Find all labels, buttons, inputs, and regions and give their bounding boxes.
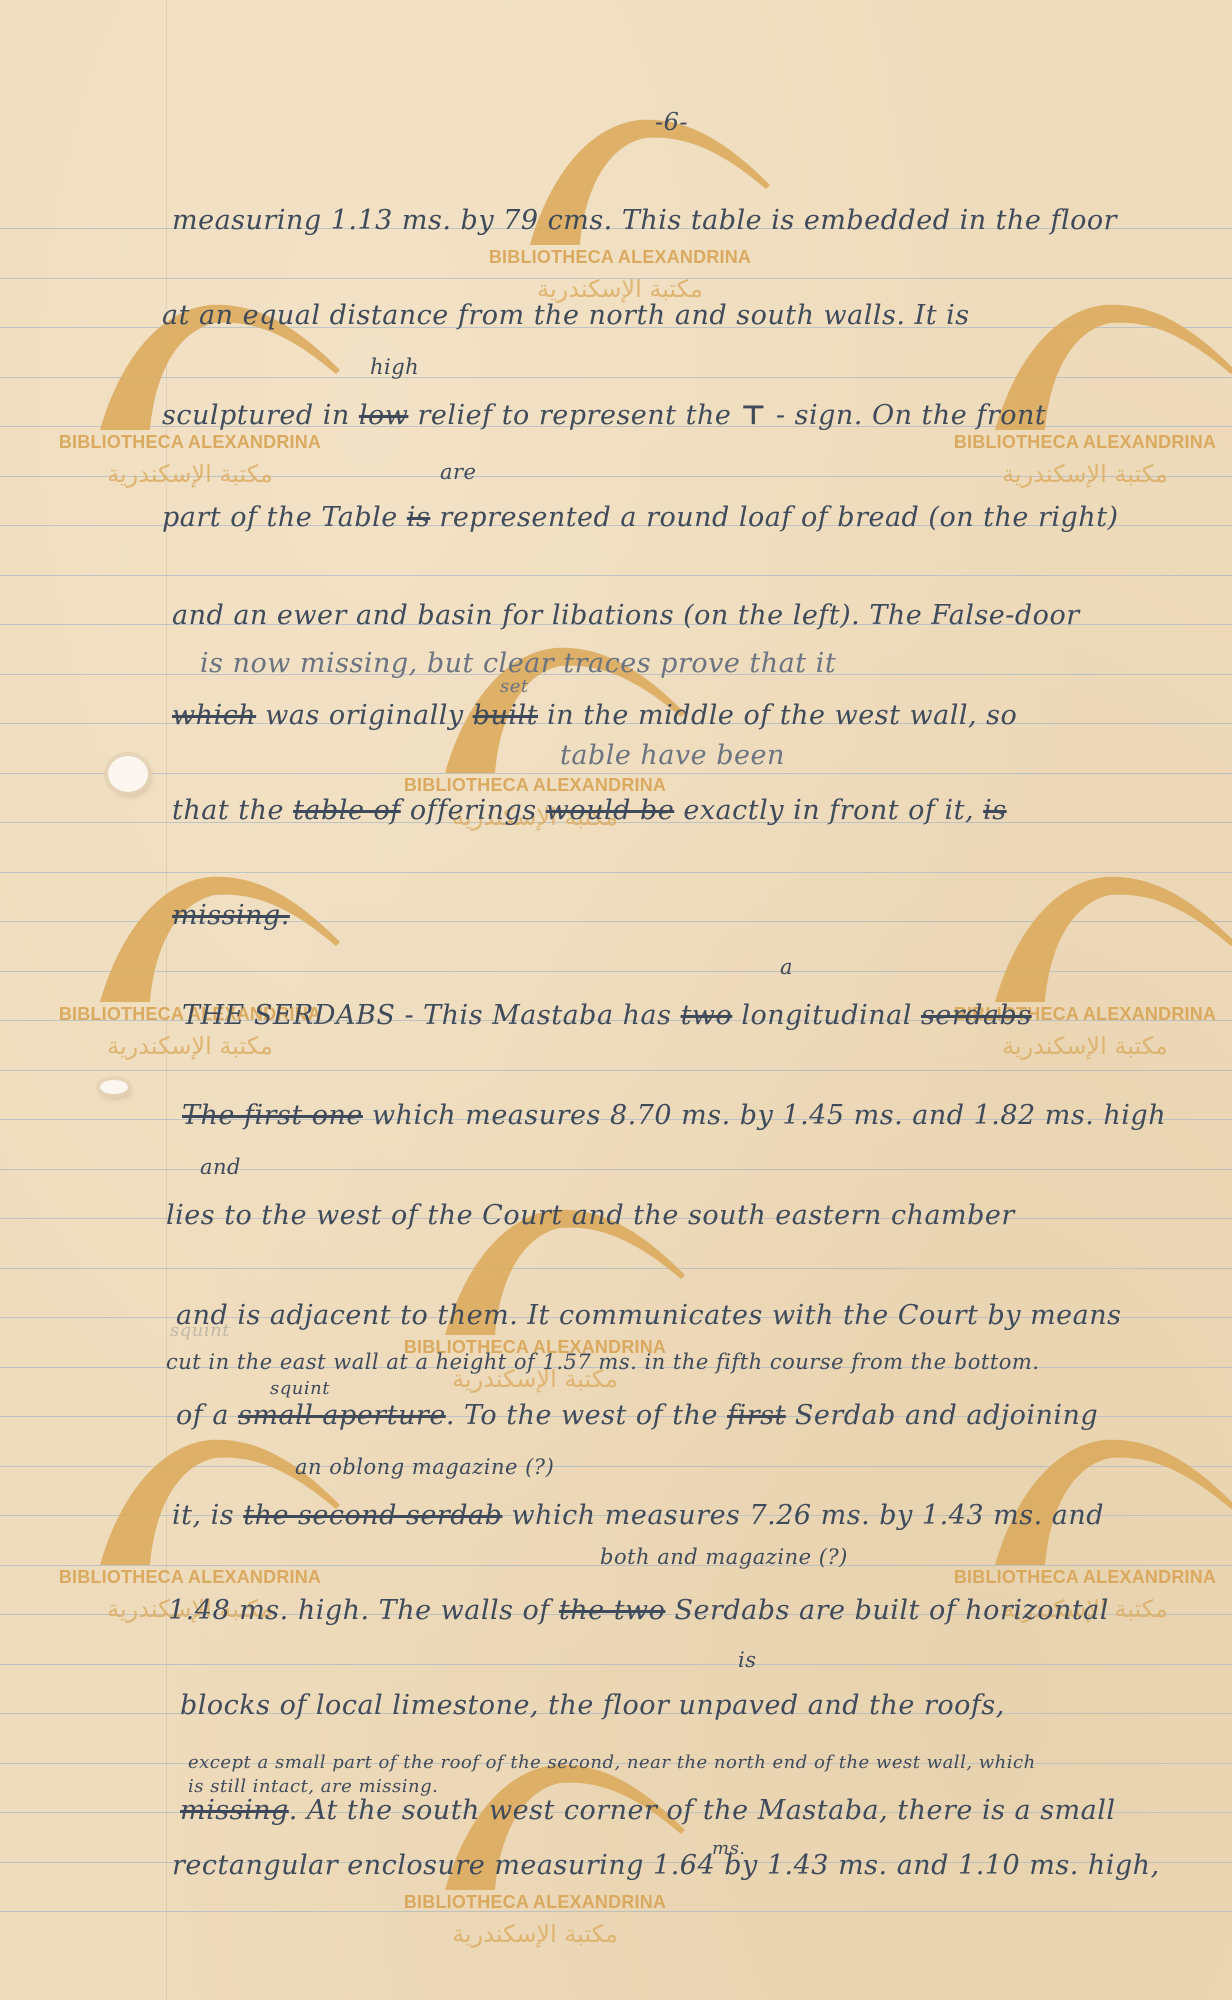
arch-icon [40,862,340,1002]
struck-text: missing [180,1795,289,1826]
text-segment: which measures 7.26 ms. by 1.43 ms. and [502,1500,1104,1531]
struck-text: is [407,502,431,533]
text-line: missing. At the south west corner of the… [180,1795,1116,1826]
arch-icon [935,862,1232,1002]
ruled-line [0,1911,1232,1912]
text-line: missing. [172,900,290,931]
interlinear-insertion: and [200,1155,241,1179]
inserted-line: cut in the east wall at a height of 1.57… [166,1350,1040,1374]
struck-text: which [172,700,256,731]
text-segment: lies to the west of the Court and the so… [166,1200,1015,1231]
ruled-line [0,476,1232,477]
section-heading: THE SERDABS - [182,1000,423,1031]
margin-note: squint [170,1320,230,1341]
text-segment: blocks of local limestone, the floor unp… [180,1690,1005,1721]
ruled-line [0,773,1232,774]
struck-text: table of [293,795,401,826]
ruled-line [0,1169,1232,1170]
arch-icon [935,1425,1232,1565]
text-segment: longitudinal [732,1000,921,1031]
text-segment: of a [176,1400,238,1431]
text-segment: and an ewer and basin for libations (on … [172,600,1080,631]
text-segment: part of the Table [162,502,407,533]
text-line: and an ewer and basin for libations (on … [172,600,1080,631]
inserted-line: is now missing, but clear traces prove t… [200,648,836,679]
interlinear-insertion: high [370,355,419,379]
text-line: blocks of local limestone, the floor unp… [180,1690,1005,1721]
punch-hole [100,1080,128,1094]
text-segment: offerings [401,795,546,826]
watermark-logo: BIBLIOTHECA ALEXANDRINA مكتبة الإسكندرية [40,862,340,1102]
text-line: 1.48 ms. high. The walls of the two Serd… [168,1595,1109,1626]
struck-text: low [359,400,409,431]
ruled-line [0,1268,1232,1269]
interlinear-insertion: is [738,1648,757,1672]
ruled-line [0,1664,1232,1665]
text-segment: This Mastaba has [423,1000,680,1031]
text-line: at an equal distance from the north and … [162,300,970,331]
struck-text: The first one [182,1100,363,1131]
interlinear-insertion: squint [270,1378,330,1399]
text-segment: sculptured in [162,400,359,431]
struck-text: the two [559,1595,666,1626]
struck-text: missing. [172,900,290,931]
ruled-line [0,1466,1232,1467]
text-segment: represented a round loaf of bread (on th… [430,502,1118,533]
interlinear-insertion: an oblong magazine (?) [295,1455,554,1479]
interlinear-insertion: a [780,955,793,979]
text-segment: Serdabs are built of horizontal [665,1595,1108,1626]
text-segment: Serdab and adjoining [786,1400,1098,1431]
text-line: that the table of offerings would be exa… [172,795,1007,826]
text-segment: 1.48 ms. high. The walls of [168,1595,559,1626]
text-line: lies to the west of the Court and the so… [166,1200,1015,1231]
ruled-line [0,575,1232,576]
ruled-line [0,377,1232,378]
interlinear-insertion: both and magazine (?) [600,1545,848,1569]
inserted-line: except a small part of the roof of the s… [188,1752,1036,1773]
struck-text: would be [546,795,675,826]
interlinear-insertion: set [500,676,529,697]
ruled-line [0,278,1232,279]
text-segment: which measures 8.70 ms. by 1.45 ms. and … [363,1100,1166,1131]
watermark-logo: BIBLIOTHECA ALEXANDRINA مكتبة الإسكندرية [935,1425,1232,1665]
text-segment: and is adjacent to them. It communicates… [176,1300,1122,1331]
struck-text: two [681,1000,733,1031]
text-line: it, is the second serdab which measures … [172,1500,1104,1531]
text-line: THE SERDABS - This Mastaba has two longi… [182,1000,1032,1031]
watermark-logo: BIBLIOTHECA ALEXANDRINA مكتبة الإسكندرية [935,862,1232,1102]
manuscript-page: BIBLIOTHECA ALEXANDRINA مكتبة الإسكندرية… [0,0,1232,2000]
struck-text: serdabs [921,1000,1032,1031]
text-segment: exactly in front of it, [674,795,983,826]
hetep-sign-icon: ⊤ [740,400,766,431]
text-line: which was originally built in the middle… [172,700,1017,731]
text-segment: - sign. On the front [767,400,1046,431]
arch-icon [40,1425,340,1565]
text-segment: measuring 1.13 ms. by 79 cms. This table… [172,205,1117,236]
text-segment: at an equal distance from the north and … [162,300,970,331]
interlinear-insertion: table have been [560,740,785,771]
interlinear-insertion: are [440,460,477,484]
text-line: measuring 1.13 ms. by 79 cms. This table… [172,205,1117,236]
text-line: part of the Table is represented a round… [162,502,1119,533]
text-line: sculptured in low relief to represent th… [162,400,1046,431]
punch-hole [108,756,148,792]
ruled-line [0,1070,1232,1071]
text-segment: that the [172,795,293,826]
text-segment: relief to represent the [408,400,740,431]
struck-text: first [727,1400,786,1431]
struck-text: built [473,700,538,731]
text-segment: was originally [256,700,473,731]
text-segment: . At the south west corner of the Mastab… [289,1795,1116,1826]
page-number: -6- [655,108,688,136]
ruled-line [0,872,1232,873]
text-segment: rectangular enclosure measuring 1.64 by … [172,1850,1160,1881]
struck-text: is [983,795,1007,826]
text-line: rectangular enclosure measuring 1.64 by … [172,1850,1160,1881]
text-segment: it, is [172,1500,243,1531]
inserted-line: is still intact, are missing. [188,1776,438,1797]
text-segment: in the middle of the west wall, so [538,700,1017,731]
struck-text: small aperture [238,1400,446,1431]
text-line: and is adjacent to them. It communicates… [176,1300,1122,1331]
text-line: of a small aperture. To the west of the … [176,1400,1098,1431]
struck-text: the second serdab [243,1500,502,1531]
ruled-line [0,971,1232,972]
text-segment: . To the west of the [446,1400,727,1431]
text-line: The first one which measures 8.70 ms. by… [182,1100,1166,1131]
